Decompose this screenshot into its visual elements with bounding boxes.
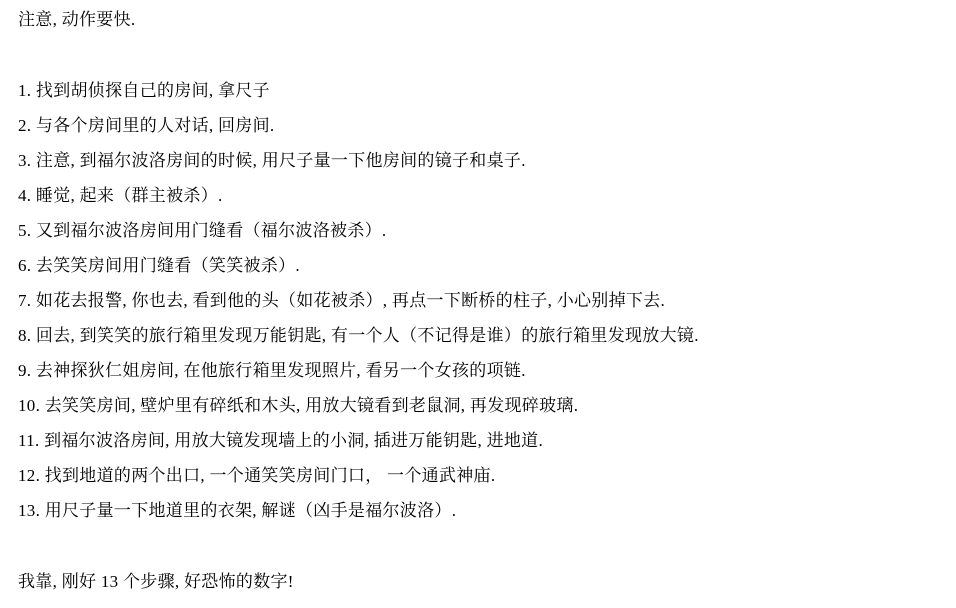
step-item: 7. 如花去报警, 你也去, 看到他的头（如花被杀）, 再点一下断桥的柱子, 小…: [18, 283, 948, 318]
step-item: 2. 与各个房间里的人对话, 回房间.: [18, 108, 948, 143]
step-item: 12. 找到地道的两个出口, 一个通笑笑房间门口， 一个通武神庙.: [18, 458, 948, 493]
step-item: 4. 睡觉, 起来（群主被杀）.: [18, 178, 948, 213]
step-item: 8. 回去, 到笑笑的旅行箱里发现万能钥匙, 有一个人（不记得是谁）的旅行箱里发…: [18, 318, 948, 353]
step-item: 9. 去神探狄仁姐房间, 在他旅行箱里发现照片, 看另一个女孩的项链.: [18, 353, 948, 388]
step-list: 1. 找到胡侦探自己的房间, 拿尺子 2. 与各个房间里的人对话, 回房间. 3…: [18, 73, 948, 528]
step-item: 11. 到福尔波洛房间, 用放大镜发现墙上的小洞, 插进万能钥匙, 进地道.: [18, 423, 948, 458]
step-item: 5. 又到福尔波洛房间用门缝看（福尔波洛被杀）.: [18, 213, 948, 248]
blank-gap-top: [18, 37, 948, 73]
walkthrough-document: 注意, 动作要快. 1. 找到胡侦探自己的房间, 拿尺子 2. 与各个房间里的人…: [0, 0, 956, 599]
blank-gap-bottom: [18, 528, 948, 564]
note-header: 注意, 动作要快.: [18, 2, 948, 37]
step-item: 3. 注意, 到福尔波洛房间的时候, 用尺子量一下他房间的镜子和桌子.: [18, 143, 948, 178]
step-item: 6. 去笑笑房间用门缝看（笑笑被杀）.: [18, 248, 948, 283]
step-item: 13. 用尺子量一下地道里的衣架, 解谜（凶手是福尔波洛）.: [18, 493, 948, 528]
step-item: 1. 找到胡侦探自己的房间, 拿尺子: [18, 73, 948, 108]
closing-remark: 我靠, 刚好 13 个步骤, 好恐怖的数字!: [18, 564, 948, 599]
step-item: 10. 去笑笑房间, 壁炉里有碎纸和木头, 用放大镜看到老鼠洞, 再发现碎玻璃.: [18, 388, 948, 423]
